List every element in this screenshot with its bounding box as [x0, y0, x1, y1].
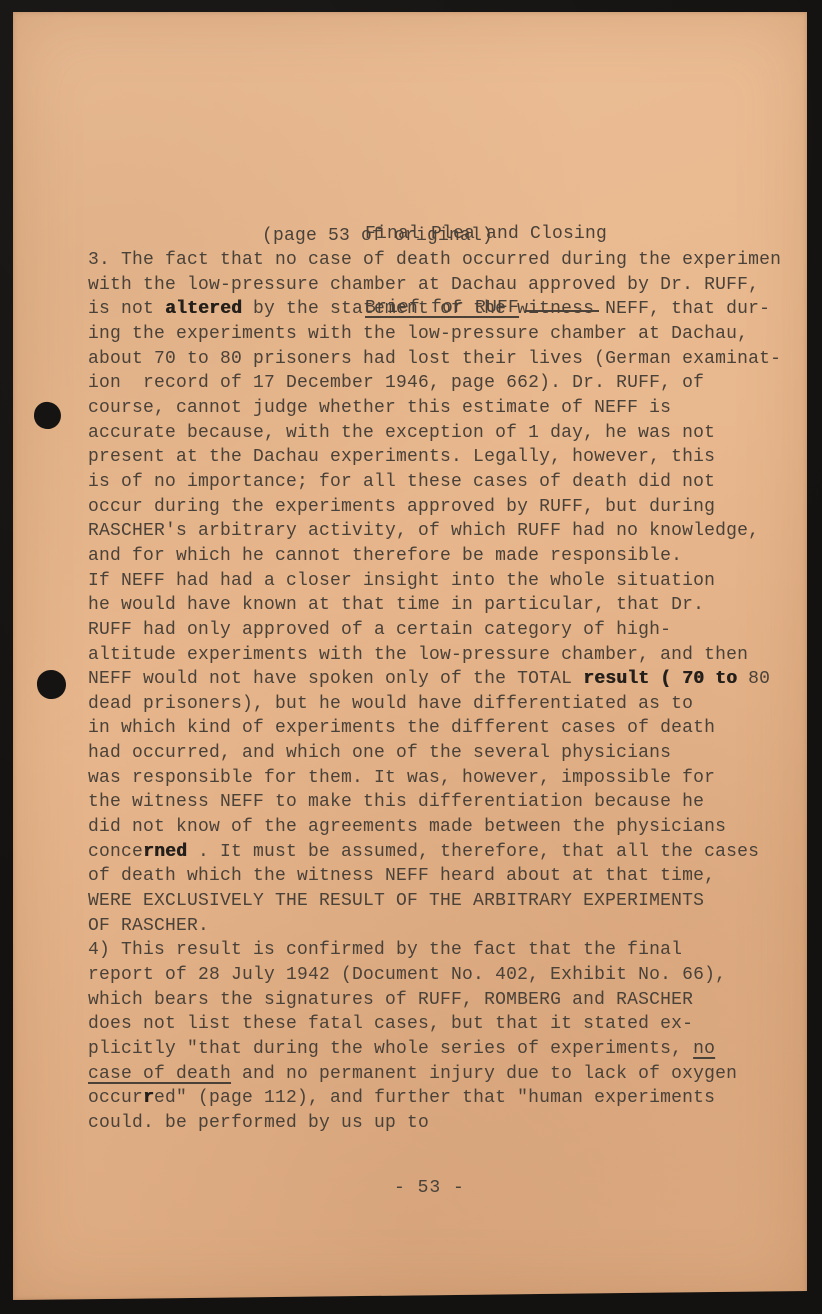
text-line: could. be performed by us up to [88, 1111, 800, 1136]
text-line: he would have known at that time in part… [88, 593, 800, 618]
text-line: dead prisoners), but he would have diffe… [88, 692, 800, 717]
text-line: is not altered by the statement of the w… [88, 297, 800, 322]
paper: Final Plea and Closing Brief for RUFF (p… [13, 12, 807, 1300]
text-line: RASCHER's arbitrary activity, of which R… [88, 519, 800, 544]
text-line: does not list these fatal cases, but tha… [88, 1012, 800, 1037]
document-body: 3. The fact that no case of death occurr… [88, 248, 800, 1136]
page-number: - 53 - [394, 1178, 465, 1198]
text-line: in which kind of experiments the differe… [88, 716, 800, 741]
text-line: ing the experiments with the low-pressur… [88, 322, 800, 347]
text-line: occurred" (page 112), and further that "… [88, 1086, 800, 1111]
text-line: altitude experiments with the low-pressu… [88, 643, 800, 668]
subheading: (page 53 of original) [262, 226, 493, 246]
text-line: RUFF had only approved of a certain cate… [88, 618, 800, 643]
text-line: the witness NEFF to make this differenti… [88, 790, 800, 815]
text-line: did not know of the agreements made betw… [88, 815, 800, 840]
text-line: with the low-pressure chamber at Dachau … [88, 273, 800, 298]
text-line: NEFF would not have spoken only of the T… [88, 667, 800, 692]
text-line: OF RASCHER. [88, 914, 800, 939]
text-line: accurate because, with the exception of … [88, 421, 800, 446]
text-line: which bears the signatures of RUFF, ROMB… [88, 988, 800, 1013]
text-line: occur during the experiments approved by… [88, 495, 800, 520]
text-line: about 70 to 80 prisoners had lost their … [88, 347, 800, 372]
text-line: and for which he cannot therefore be mad… [88, 544, 800, 569]
text-line: of death which the witness NEFF heard ab… [88, 864, 800, 889]
text-line: present at the Dachau experiments. Legal… [88, 445, 800, 470]
text-line: WERE EXCLUSIVELY THE RESULT OF THE ARBIT… [88, 889, 800, 914]
text-line: had occurred, and which one of the sever… [88, 741, 800, 766]
text-line: ion record of 17 December 1946, page 662… [88, 371, 800, 396]
text-line: course, cannot judge whether this estima… [88, 396, 800, 421]
text-line: was responsible for them. It was, howeve… [88, 766, 800, 791]
text-line: If NEFF had had a closer insight into th… [88, 569, 800, 594]
text-line: case of death and no permanent injury du… [88, 1062, 800, 1087]
text-line: report of 28 July 1942 (Document No. 402… [88, 963, 800, 988]
hole-punch-bottom [36, 669, 68, 701]
text-line: concerned . It must be assumed, therefor… [88, 840, 800, 865]
text-line: plicitly "that during the whole series o… [88, 1037, 800, 1062]
scan-background: Final Plea and Closing Brief for RUFF (p… [0, 0, 822, 1314]
text-line: 4) This result is confirmed by the fact … [88, 938, 800, 963]
hole-punch-top [32, 400, 62, 430]
text-line: 3. The fact that no case of death occurr… [88, 248, 800, 273]
text-line: is of no importance; for all these cases… [88, 470, 800, 495]
